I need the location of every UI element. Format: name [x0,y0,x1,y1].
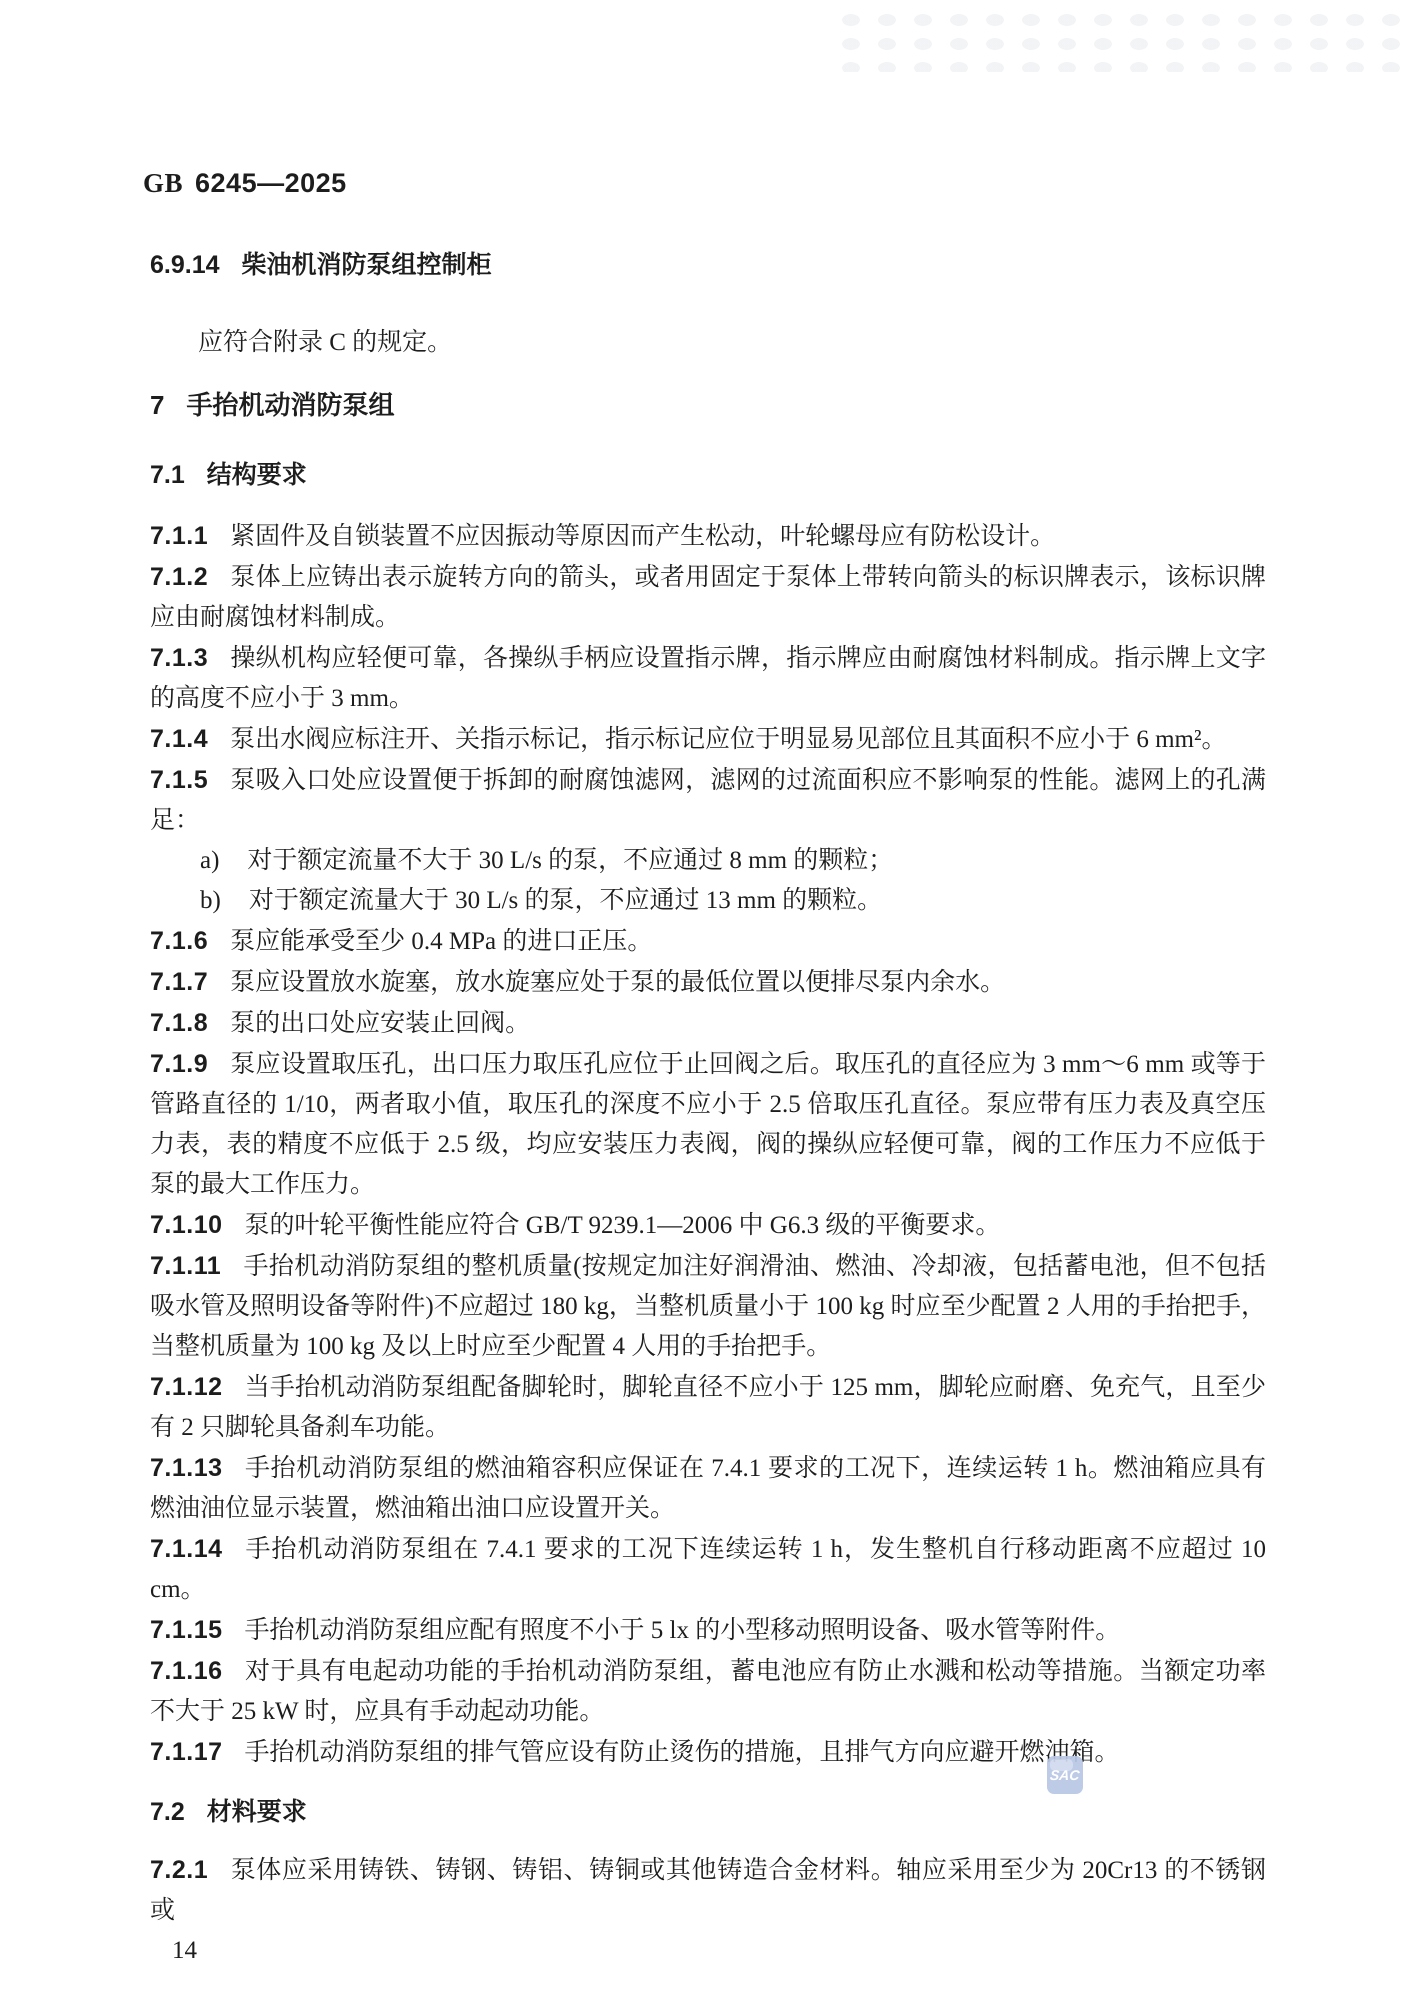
clause-7-1-6-number: 7.1.6 [150,927,208,955]
clause-7-2-1-number: 7.2.1 [150,1856,208,1884]
clause-7-1-12-number: 7.1.12 [150,1373,223,1401]
clause-7-1-1-text: 紧固件及自锁装置不应因振动等原因而产生松动，叶轮螺母应有防松设计。 [230,523,1055,550]
heading-6-9-14: 6.9.14柴油机消防泵组控制柜 [150,252,1266,279]
heading-7-1: 7.1结构要求 [150,462,1266,489]
list-item-b: b)对于额定流量大于 30 L/s 的泵，不应通过 13 mm 的颗粒。 [150,881,1266,921]
sac-stamp-label: SAC [1049,1767,1080,1783]
clause-7-1-4-text: 泵出水阀应标注开、关指示标记，指示标记应位于明显易见部位且其面积不应小于 6 m… [230,726,1226,753]
clause-7-1-13-number: 7.1.13 [150,1454,223,1482]
clause-7-1-12: 7.1.12当手抬机动消防泵组配备脚轮时，脚轮直径不应小于 125 mm，脚轮应… [150,1367,1266,1448]
heading-7-1-number: 7.1 [150,461,185,489]
clause-7-1-5-number: 7.1.5 [150,766,208,794]
clause-7-1-16-text: 对于具有电起动功能的手抬机动消防泵组，蓄电池应有防止水溅和松动等措施。当额定功率… [150,1658,1266,1725]
standard-code: GB6245—2025 [143,170,1266,197]
clause-7-1-3: 7.1.3操纵机构应轻便可靠，各操纵手柄应设置指示牌，指示牌应由耐腐蚀材料制成。… [150,638,1266,719]
heading-7-2-title: 材料要求 [207,1798,307,1826]
clause-7-1-1: 7.1.1紧固件及自锁装置不应因振动等原因而产生松动，叶轮螺母应有防松设计。 [150,516,1266,557]
clause-7-1-13-text: 手抬机动消防泵组的燃油箱容积应保证在 7.4.1 要求的工况下，连续运转 1 h… [150,1455,1266,1522]
document-page: GB6245—2025 6.9.14柴油机消防泵组控制柜 应符合附录 C 的规定… [0,0,1413,2000]
clause-7-1-15-text: 手抬机动消防泵组应配有照度不小于 5 lx 的小型移动照明设备、吸水管等附件。 [245,1617,1121,1644]
clause-7-1-13: 7.1.13手抬机动消防泵组的燃油箱容积应保证在 7.4.1 要求的工况下，连续… [150,1448,1266,1529]
clause-7-1-11-text: 手抬机动消防泵组的整机质量(按规定加注好润滑油、燃油、冷却液，包括蓄电池，但不包… [150,1253,1266,1360]
clause-7-1-3-number: 7.1.3 [150,644,208,672]
clause-7-1-10: 7.1.10泵的叶轮平衡性能应符合 GB/T 9239.1—2006 中 G6.… [150,1205,1266,1246]
clause-7-1-17-text: 手抬机动消防泵组的排气管应设有防止烫伤的措施，且排气方向应避开燃油箱。 [245,1739,1120,1766]
page-content: GB6245—2025 6.9.14柴油机消防泵组控制柜 应符合附录 C 的规定… [150,0,1266,1971]
clause-7-1-16: 7.1.16对于具有电起动功能的手抬机动消防泵组，蓄电池应有防止水溅和松动等措施… [150,1651,1266,1732]
standard-code-prefix: GB [143,168,183,198]
clause-7-1-6-text: 泵应能承受至少 0.4 MPa 的进口正压。 [230,928,652,955]
clause-7-1-9-text: 泵应设置取压孔，出口压力取压孔应位于止回阀之后。取压孔的直径应为 3 mm～6 … [150,1051,1266,1198]
heading-7-2-number: 7.2 [150,1798,185,1826]
clause-7-1-15-number: 7.1.15 [150,1616,223,1644]
heading-chapter-7-title: 手抬机动消防泵组 [186,390,394,420]
clause-7-1-5: 7.1.5泵吸入口处应设置便于拆卸的耐腐蚀滤网，滤网的过流面积应不影响泵的性能。… [150,760,1266,841]
clause-7-1-2: 7.1.2泵体上应铸出表示旋转方向的箭头，或者用固定于泵体上带转向箭头的标识牌表… [150,557,1266,638]
clause-7-1-12-text: 当手抬机动消防泵组配备脚轮时，脚轮直径不应小于 125 mm，脚轮应耐磨、免充气… [150,1374,1266,1441]
clause-7-1-7-text: 泵应设置放水旋塞，放水旋塞应处于泵的最低位置以便排尽泵内余水。 [230,969,1005,996]
clause-7-1-15: 7.1.15手抬机动消防泵组应配有照度不小于 5 lx 的小型移动照明设备、吸水… [150,1610,1266,1651]
paragraph-6-9-14-body: 应符合附录 C 的规定。 [150,323,1266,363]
standard-code-number: 6245—2025 [195,168,347,198]
clause-7-1-8-number: 7.1.8 [150,1009,208,1037]
clause-7-1-11-number: 7.1.11 [150,1252,221,1280]
clause-7-1-7-number: 7.1.7 [150,968,208,996]
list-item-a-label: a) [200,847,219,874]
clause-7-1-7: 7.1.7泵应设置放水旋塞，放水旋塞应处于泵的最低位置以便排尽泵内余水。 [150,962,1266,1003]
clause-7-1-9: 7.1.9泵应设置取压孔，出口压力取压孔应位于止回阀之后。取压孔的直径应为 3 … [150,1044,1266,1205]
clause-7-1-14-number: 7.1.14 [150,1535,223,1563]
section-7-1-body: 7.1.1紧固件及自锁装置不应因振动等原因而产生松动，叶轮螺母应有防松设计。 7… [150,516,1266,1773]
clause-7-1-5-text: 泵吸入口处应设置便于拆卸的耐腐蚀滤网，滤网的过流面积应不影响泵的性能。滤网上的孔… [150,767,1266,834]
clause-7-1-2-text: 泵体上应铸出表示旋转方向的箭头，或者用固定于泵体上带转向箭头的标识牌表示，该标识… [150,564,1266,631]
heading-chapter-7-number: 7 [150,390,164,420]
clause-7-1-10-number: 7.1.10 [150,1211,223,1239]
heading-7-2: 7.2材料要求 [150,1799,1266,1826]
heading-6-9-14-title: 柴油机消防泵组控制柜 [242,251,492,279]
clause-7-1-1-number: 7.1.1 [150,522,208,550]
sac-stamp-watermark: SAC [1047,1756,1083,1794]
list-item-b-label: b) [200,887,221,914]
clause-7-1-11: 7.1.11手抬机动消防泵组的整机质量(按规定加注好润滑油、燃油、冷却液，包括蓄… [150,1246,1266,1367]
clause-7-1-8-text: 泵的出口处应安装止回阀。 [230,1010,530,1037]
clause-7-1-4: 7.1.4泵出水阀应标注开、关指示标记，指示标记应位于明显易见部位且其面积不应小… [150,719,1266,760]
clause-7-1-3-text: 操纵机构应轻便可靠，各操纵手柄应设置指示牌，指示牌应由耐腐蚀材料制成。指示牌上文… [150,645,1266,712]
clause-7-1-16-number: 7.1.16 [150,1657,223,1685]
section-7-2-body: 7.2.1泵体应采用铸铁、铸钢、铸铝、铸铜或其他铸造合金材料。轴应采用至少为 2… [150,1850,1266,1931]
list-item-b-text: 对于额定流量大于 30 L/s 的泵，不应通过 13 mm 的颗粒。 [249,887,882,914]
clause-7-1-17: 7.1.17手抬机动消防泵组的排气管应设有防止烫伤的措施，且排气方向应避开燃油箱… [150,1732,1266,1773]
clause-7-2-1: 7.2.1泵体应采用铸铁、铸钢、铸铝、铸铜或其他铸造合金材料。轴应采用至少为 2… [150,1850,1266,1931]
heading-chapter-7: 7手抬机动消防泵组 [150,392,1266,419]
list-item-a-text: 对于额定流量不大于 30 L/s 的泵，不应通过 8 mm 的颗粒； [247,847,893,874]
clause-7-1-10-text: 泵的叶轮平衡性能应符合 GB/T 9239.1—2006 中 G6.3 级的平衡… [245,1212,1001,1239]
clause-7-1-14: 7.1.14手抬机动消防泵组在 7.4.1 要求的工况下连续运转 1 h，发生整… [150,1529,1266,1610]
list-item-a: a)对于额定流量不大于 30 L/s 的泵，不应通过 8 mm 的颗粒； [150,841,1266,881]
clause-7-1-8: 7.1.8泵的出口处应安装止回阀。 [150,1003,1266,1044]
clause-7-1-4-number: 7.1.4 [150,725,208,753]
clause-7-1-17-number: 7.1.17 [150,1738,223,1766]
clause-7-2-1-text: 泵体应采用铸铁、铸钢、铸铝、铸铜或其他铸造合金材料。轴应采用至少为 20Cr13… [150,1857,1266,1924]
page-number: 14 [172,1931,1266,1971]
heading-6-9-14-number: 6.9.14 [150,251,220,279]
clause-7-1-9-number: 7.1.9 [150,1050,208,1078]
heading-7-1-title: 结构要求 [207,461,307,489]
clause-7-1-5-list: a)对于额定流量不大于 30 L/s 的泵，不应通过 8 mm 的颗粒； b)对… [150,841,1266,921]
clause-7-1-6: 7.1.6泵应能承受至少 0.4 MPa 的进口正压。 [150,921,1266,962]
clause-7-1-2-number: 7.1.2 [150,563,208,591]
clause-7-1-14-text: 手抬机动消防泵组在 7.4.1 要求的工况下连续运转 1 h，发生整机自行移动距… [150,1536,1266,1603]
